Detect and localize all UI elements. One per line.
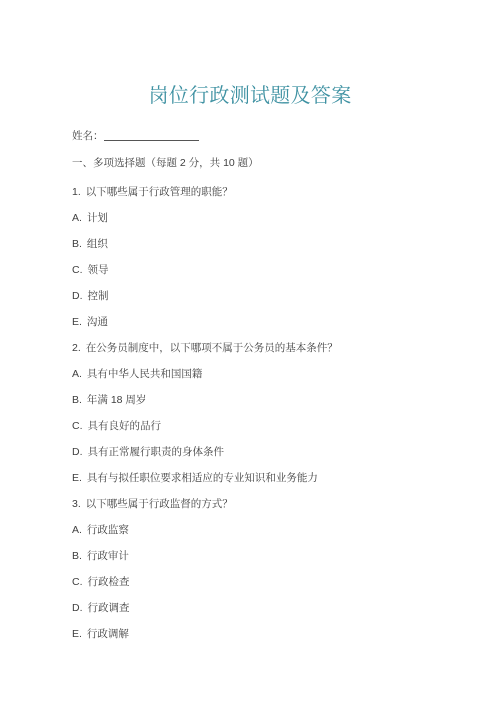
item-prefix: B. (72, 231, 82, 257)
item-prefix: C. (72, 569, 83, 595)
name-label: 姓名： (72, 130, 104, 142)
item-text: 行政检查 (88, 576, 130, 588)
page-title: 岗位行政测试题及答案 (0, 82, 500, 110)
item-prefix: 2. (72, 335, 81, 361)
item-prefix: E. (72, 309, 82, 335)
option-line: A.计划 (72, 205, 470, 231)
questions-list: 1.以下哪些属于行政管理的职能？A.计划B.组织C.领导D.控制E.沟通2.在公… (72, 179, 470, 647)
item-prefix: D. (72, 439, 83, 465)
item-text: 具有中华人民共和国国籍 (87, 368, 203, 380)
option-line: C.领导 (72, 257, 470, 283)
item-text: 行政审计 (87, 550, 129, 562)
item-text: 具有良好的品行 (88, 420, 162, 432)
item-prefix: B. (72, 543, 82, 569)
option-line: A.具有中华人民共和国国籍 (72, 361, 470, 387)
item-text: 领导 (88, 264, 109, 276)
item-prefix: A. (72, 517, 82, 543)
item-prefix: A. (72, 205, 82, 231)
name-blank-line (104, 130, 199, 141)
item-text: 在公务员制度中，以下哪项不属于公务员的基本条件？ (86, 342, 338, 354)
item-text: 计划 (87, 212, 108, 224)
option-line: B.行政审计 (72, 543, 470, 569)
item-prefix: E. (72, 465, 82, 491)
item-prefix: C. (72, 257, 83, 283)
item-prefix: 3. (72, 491, 81, 517)
item-text: 行政调查 (88, 602, 130, 614)
item-text: 以下哪些属于行政监督的方式？ (86, 498, 233, 510)
item-prefix: E. (72, 621, 82, 647)
question-line: 2.在公务员制度中，以下哪项不属于公务员的基本条件？ (72, 335, 470, 361)
item-text: 控制 (88, 290, 109, 302)
option-line: B.组织 (72, 231, 470, 257)
option-line: D.具有正常履行职责的身体条件 (72, 439, 470, 465)
name-field-line: 姓名： (72, 123, 199, 149)
option-line: B.年满 18 周岁 (72, 387, 470, 413)
item-text: 年满 18 周岁 (87, 394, 147, 406)
option-line: E.行政调解 (72, 621, 470, 647)
question-line: 1.以下哪些属于行政管理的职能？ (72, 179, 470, 205)
item-text: 行政调解 (87, 628, 129, 640)
option-line: C.行政检查 (72, 569, 470, 595)
item-prefix: B. (72, 387, 82, 413)
item-prefix: C. (72, 413, 83, 439)
item-prefix: D. (72, 595, 83, 621)
section-header: 一、多项选择题（每题 2 分，共 10 题） (72, 150, 259, 176)
option-line: E.具有与拟任职位要求相适应的专业知识和业务能力 (72, 465, 470, 491)
option-line: D.行政调查 (72, 595, 470, 621)
item-text: 沟通 (87, 316, 108, 328)
option-line: D.控制 (72, 283, 470, 309)
option-line: A.行政监察 (72, 517, 470, 543)
option-line: C.具有良好的品行 (72, 413, 470, 439)
question-line: 3.以下哪些属于行政监督的方式？ (72, 491, 470, 517)
item-prefix: D. (72, 283, 83, 309)
item-text: 具有与拟任职位要求相适应的专业知识和业务能力 (87, 472, 318, 484)
item-text: 组织 (87, 238, 108, 250)
item-text: 行政监察 (87, 524, 129, 536)
item-text: 以下哪些属于行政管理的职能？ (86, 186, 233, 198)
item-prefix: 1. (72, 179, 81, 205)
item-prefix: A. (72, 361, 82, 387)
document-page: 岗位行政测试题及答案 姓名： 一、多项选择题（每题 2 分，共 10 题） 1.… (0, 0, 500, 707)
option-line: E.沟通 (72, 309, 470, 335)
item-text: 具有正常履行职责的身体条件 (88, 446, 225, 458)
